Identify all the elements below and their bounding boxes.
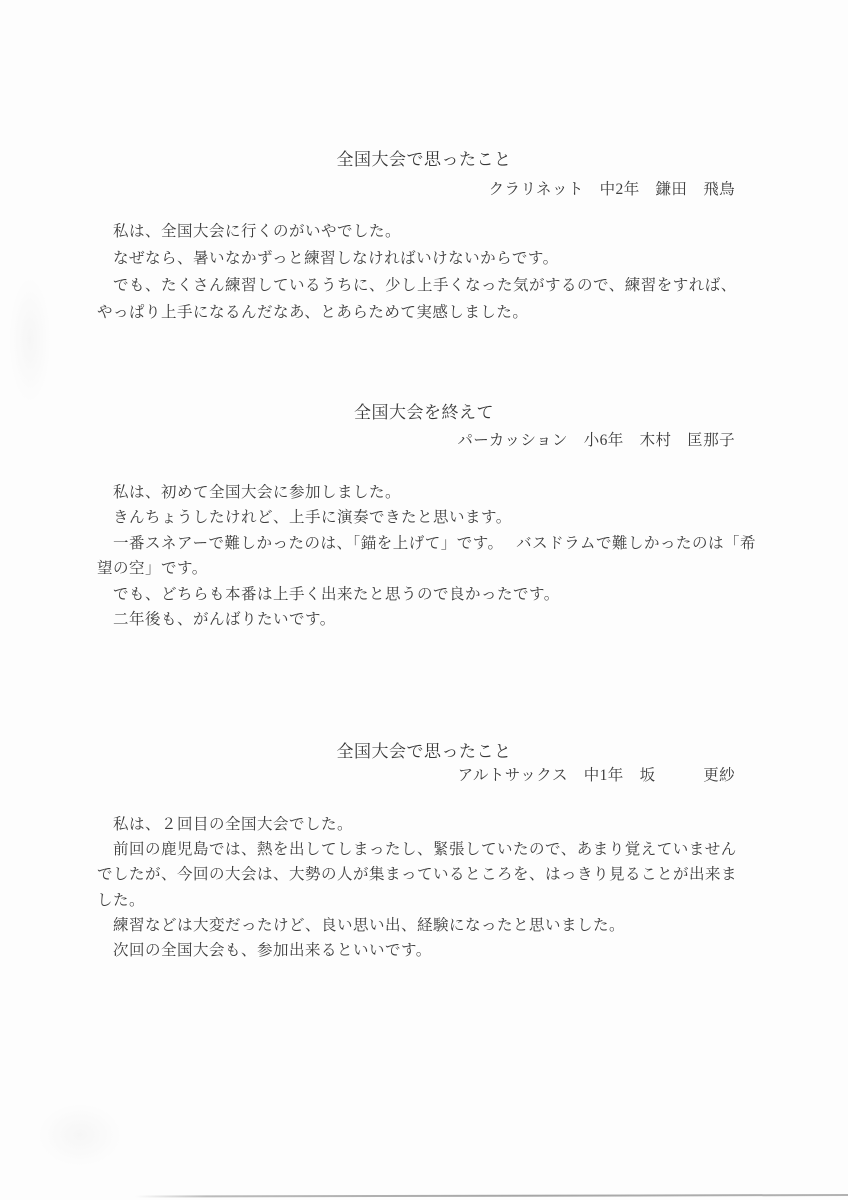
scanned-page: 全国大会で思ったこと クラリネット 中2年 鎌田 飛鳥 私は、全国大会に行くのが…: [0, 0, 848, 1200]
essay-title: 全国大会で思ったこと: [0, 145, 848, 170]
essay-line: やっぱり上手になるんだなあ、とあらためて実感しました。: [97, 299, 752, 326]
essay-title: 全国大会を終えて: [0, 398, 848, 423]
essay-line: 練習などは大変だったけど、良い思い出、経験になったと思いました。: [97, 913, 752, 938]
essay-line: 前回の鹿児島では、熱を出してしまったし、緊張していたので、あまり覚えていません: [97, 837, 752, 862]
essay-line: 私は、初めて全国大会に参加しました。: [97, 480, 752, 505]
scan-edge-line: [135, 1194, 848, 1197]
essay-line: 私は、全国大会に行くのがいやでした。: [97, 218, 752, 245]
essay-body: 私は、全国大会に行くのがいやでした。 なぜなら、暑いなかずっと練習しなければいけ…: [97, 218, 752, 326]
essay-line: 次回の全国大会も、参加出来るといいです。: [97, 938, 752, 963]
essay-byline: アルトサックス 中1年 坂 更紗: [458, 763, 735, 785]
essay-line: 望の空」です。: [97, 556, 752, 581]
essay-line: 私は、２回目の全国大会でした。: [97, 812, 752, 837]
essay-body: 私は、２回目の全国大会でした。 前回の鹿児島では、熱を出してしまったし、緊張して…: [97, 812, 752, 963]
scan-smudge: [20, 1090, 140, 1180]
essay-byline: パーカッション 小6年 木村 匡那子: [457, 428, 735, 450]
essay-body: 私は、初めて全国大会に参加しました。 きんちょうしたけれど、上手に演奏できたと思…: [97, 480, 752, 632]
essay-line: でも、どちらも本番は上手く出来たと思うので良かったです。: [97, 582, 752, 607]
essay-line: でも、たくさん練習しているうちに、少し上手くなった気がするので、練習をすれば、: [97, 272, 752, 299]
essay-line: でしたが、今回の大会は、大勢の人が集まっているところを、はっきり見ることが出来ま: [97, 862, 752, 887]
essay-line: した。: [97, 888, 752, 913]
essay-title: 全国大会で思ったこと: [0, 737, 848, 762]
essay-line: なぜなら、暑いなかずっと練習しなければいけないからです。: [97, 245, 752, 272]
essay-line: きんちょうしたけれど、上手に演奏できたと思います。: [97, 505, 752, 530]
essay-line: 一番スネアーで難しかったのは、「錨を上げて」です。 バスドラムで難しかったのは「…: [97, 531, 752, 556]
essay-byline: クラリネット 中2年 鎌田 飛鳥: [489, 177, 735, 199]
essay-line: 二年後も、がんばりたいです。: [97, 607, 752, 632]
